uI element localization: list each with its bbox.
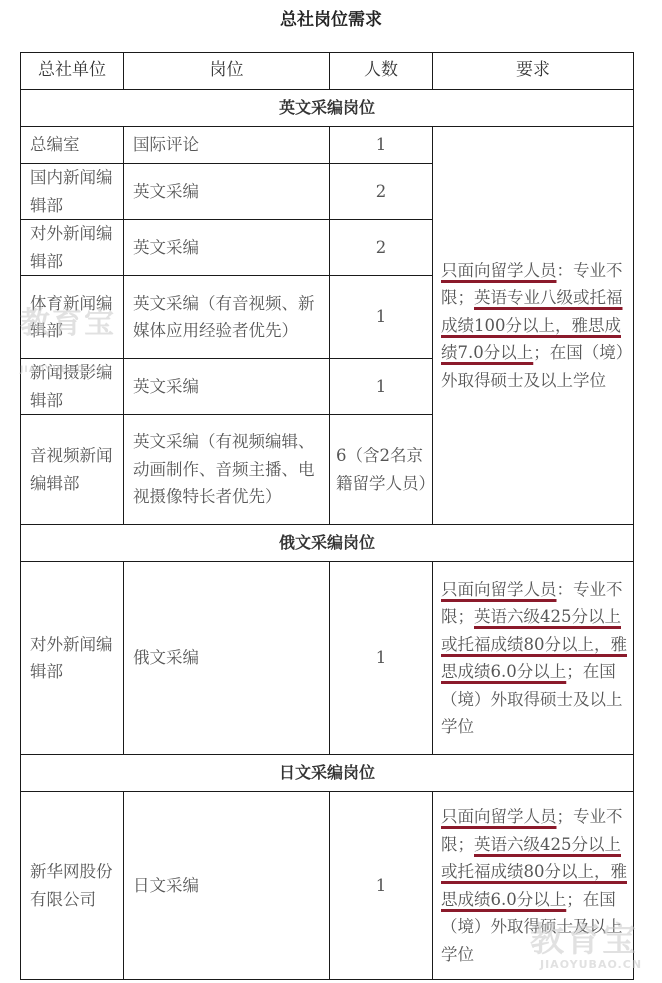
table-row: 新华网股份有限公司 日文采编 1 只面向留学人员；专业不限；英语六级425分以上… [21,792,634,980]
count-cell: 2 [330,164,433,220]
count-cell: 1 [330,562,433,755]
count-cell: 1 [330,792,433,980]
position-cell: 俄文采编 [124,562,330,755]
section-title: 日文采编岗位 [21,755,634,792]
header-count: 人数 [330,53,433,90]
position-cell: 英文采编（有视频编辑、动画制作、音频主播、电视摄像特长者优先） [124,415,330,525]
position-cell: 英文采编 [124,220,330,276]
count-cell: 1 [330,127,433,164]
requirement-highlight: 只面向留学人员 [441,807,557,826]
unit-cell: 音视频新闻编辑部 [21,415,124,525]
requirement-cell: 只面向留学人员：专业不限；英语专业八级或托福成绩100分以上，雅思成绩7.0分以… [433,127,634,525]
unit-cell: 新闻摄影编辑部 [21,359,124,415]
requirement-cell: 只面向留学人员：专业不限；英语六级425分以上或托福成绩80分以上，雅思成绩6.… [433,562,634,755]
section-title: 英文采编岗位 [21,90,634,127]
requirement-highlight: 只面向留学人员 [441,261,557,280]
table-row: 对外新闻编辑部 俄文采编 1 只面向留学人员：专业不限；英语六级425分以上或托… [21,562,634,755]
unit-cell: 新华网股份有限公司 [21,792,124,980]
page-title: 总社岗位需求 [0,8,662,32]
header-requirement: 要求 [433,53,634,90]
position-cell: 英文采编 [124,164,330,220]
section-row-english: 英文采编岗位 [21,90,634,127]
requirement-cell: 只面向留学人员；专业不限；英语六级425分以上或托福成绩80分以上，雅思成绩6.… [433,792,634,980]
position-cell: 日文采编 [124,792,330,980]
unit-cell: 总编室 [21,127,124,164]
count-cell: 2 [330,220,433,276]
job-requirements-table: 总社单位 岗位 人数 要求 英文采编岗位 总编室 国际评论 1 只面向留学人员：… [20,52,634,980]
unit-cell: 对外新闻编辑部 [21,562,124,755]
count-cell: 6（含2名京籍留学人员） [330,415,433,525]
position-cell: 国际评论 [124,127,330,164]
requirement-highlight: 只面向留学人员 [441,580,557,599]
table-header-row: 总社单位 岗位 人数 要求 [21,53,634,90]
table-row: 总编室 国际评论 1 只面向留学人员：专业不限；英语专业八级或托福成绩100分以… [21,127,634,164]
section-row-russian: 俄文采编岗位 [21,525,634,562]
position-cell: 英文采编 [124,359,330,415]
unit-cell: 国内新闻编辑部 [21,164,124,220]
count-cell: 1 [330,359,433,415]
unit-cell: 对外新闻编辑部 [21,220,124,276]
count-cell: 1 [330,276,433,359]
unit-cell: 体育新闻编辑部 [21,276,124,359]
header-unit: 总社单位 [21,53,124,90]
header-position: 岗位 [124,53,330,90]
section-title: 俄文采编岗位 [21,525,634,562]
position-cell: 英文采编（有音视频、新媒体应用经验者优先） [124,276,330,359]
section-row-japanese: 日文采编岗位 [21,755,634,792]
